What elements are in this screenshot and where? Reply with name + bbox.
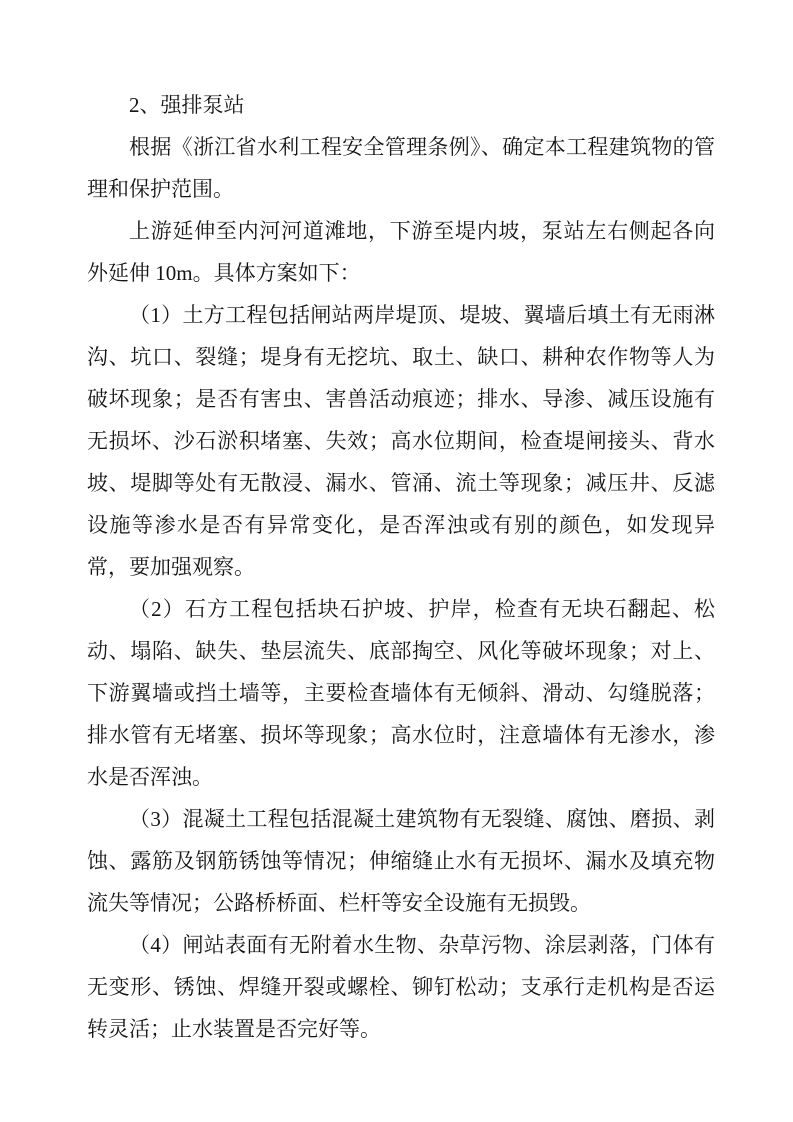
section-heading: 2、强排泵站 [87,84,715,126]
paragraph-item-1-earthwork: （1）土方工程包括闸站两岸堤顶、堤坡、翼墙后填土有无雨淋沟、坑口、裂缝；堤身有无… [87,294,715,588]
paragraph-management-scope: 根据《浙江省水利工程安全管理条例》、确定本工程建筑物的管理和保护范围。 [87,126,715,210]
text-block: 2、强排泵站 根据《浙江省水利工程安全管理条例》、确定本工程建筑物的管理和保护范… [87,84,715,1050]
paragraph-item-4-gate-surface: （4）闸站表面有无附着水生物、杂草污物、涂层剥落，门体有无变形、锈蚀、焊缝开裂或… [87,924,715,1050]
paragraph-item-2-stonework: （2）石方工程包括块石护坡、护岸，检查有无块石翻起、松动、塌陷、缺失、垫层流失、… [87,588,715,798]
document-page: 2、强排泵站 根据《浙江省水利工程安全管理条例》、确定本工程建筑物的管理和保护范… [0,0,793,1122]
paragraph-extension-plan: 上游延伸至内河河道滩地，下游至堤内坡，泵站左右侧起各向外延伸 10m。具体方案如… [87,210,715,294]
paragraph-item-3-concrete: （3）混凝土工程包括混凝土建筑物有无裂缝、腐蚀、磨损、剥蚀、露筋及钢筋锈蚀等情况… [87,798,715,924]
